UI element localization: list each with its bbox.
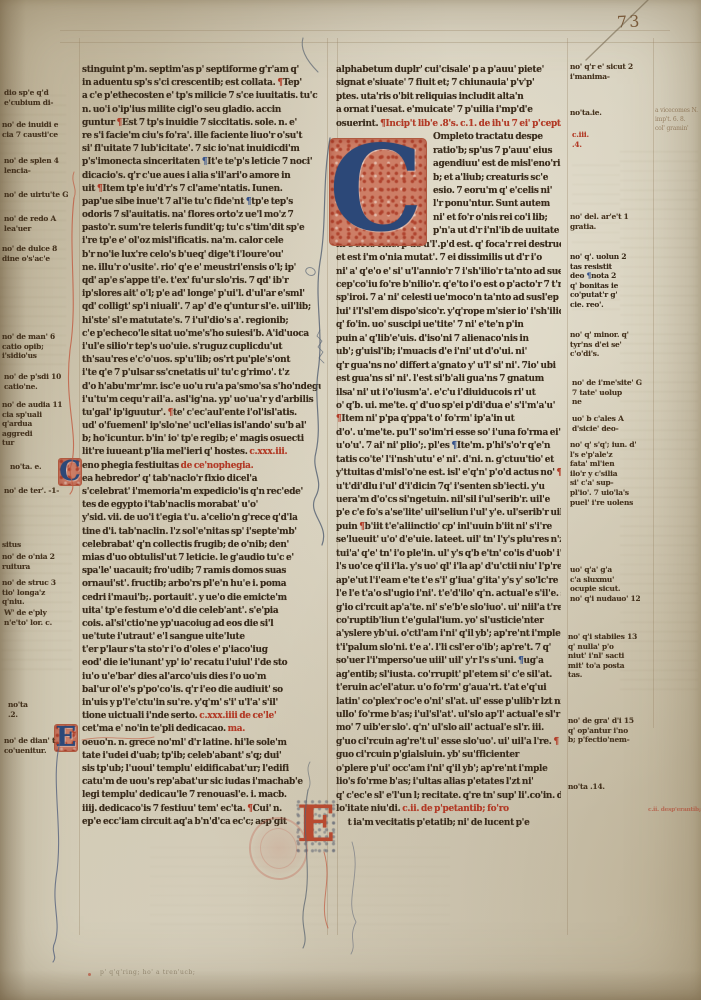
margin-note: no' de p'sdi 10 catio'ne.	[4, 372, 76, 391]
text-line: guntur ¶Est 7 tp's inuidie 7 siccitatis.…	[82, 116, 321, 129]
margin-note: c.ii. desp'erantib;	[648, 806, 701, 816]
text-line: in aduentu sp's s'ci crescentib; est col…	[82, 76, 321, 89]
text-line: p's'imonecta sinceritaten ¶It'e te'p's l…	[82, 155, 321, 168]
text-line: y'sid. vii. de uo'i t'egia t'u. a'celio'…	[82, 511, 321, 524]
text-line: n. uo'i o'ip'ius milite cigl'o seu gladi…	[82, 103, 321, 116]
text-line: i'ul'e silio'r tep's uo'uie. s'ruguz cup…	[82, 340, 321, 353]
text-line: bal'ur ol'e's p'po'co'is. q'r i'eo die a…	[82, 683, 321, 696]
text-line: celebrabat' q'n collectis frugib; de o'n…	[82, 538, 321, 551]
text-line: puin a' q'lib'e'uis. d'iso'ni 7 alienaco…	[336, 332, 561, 345]
ruling-line	[653, 38, 654, 728]
text-line: o' q'b. ui. me'te. q' d'uo sp'ei p'di'du…	[336, 399, 561, 412]
text-line: cedri i'maui'b;. portauit'. y ue'o die e…	[82, 591, 321, 604]
text-line: d'o'. u'me'te. pu'l' so'im'ri esse so' i…	[336, 426, 561, 439]
text-line: est gua'ns si' ni'. l'est si'b'ali gua'n…	[336, 372, 561, 385]
text-line: pap'ue sibe inue't 7 al'ie tu'c fide'nt …	[82, 195, 321, 208]
margin-note: no' q' s'q'; iun. d' l's e'p'ale'z fata'…	[570, 440, 642, 507]
text-line: th'sau'res e'c'o'uos. sp'u'lib; os'rt pu…	[82, 353, 321, 366]
text-line: tui'a' q'e' tn' i'o ple'in. ul' y's q'b …	[336, 547, 561, 560]
corner-annotation: a vicecomes N. imp't. 6. 8. col' gramin'	[655, 106, 701, 133]
margin-note: no' de redo A lea'uer	[4, 214, 76, 233]
margin-note: uo' b c'ales A d'sicie' deo-	[572, 414, 644, 433]
text-line: a c'e p'ethecosten e' tp's milicie 7 s'c…	[82, 89, 321, 102]
folio-number: 73	[617, 11, 642, 31]
text-line: c'e p'echeco'le sitat uo'me's'ho suiesi'…	[82, 327, 321, 340]
text-line: ornaui'st'. fructib; arbo'rs pl'e'n hu'e…	[82, 577, 321, 590]
ruling-line	[60, 42, 701, 43]
margin-note: no'ta .14.	[568, 782, 640, 792]
margin-note: no'ta.ie.	[570, 108, 642, 118]
text-line: t'i'palum slo'ni. t'e a'. l'li csl'er o'…	[336, 641, 561, 654]
text-line: cet'ma e' no'in te'pli dedicacao. ma.	[82, 722, 321, 735]
blue-margin-flourish	[53, 742, 60, 962]
text-line: ue'tute i'utraut' e'l sangue uite'lute	[82, 630, 321, 643]
text-line: i'u'tu'm cequ'r ail'a. asl'ig'na. yp' uo…	[82, 393, 321, 406]
text-line: ne. illu'r o'usite'. rio' q'e e' meustri…	[82, 261, 321, 274]
text-line: uita' tp'e festum e'o'd die celeb'ant'. …	[82, 604, 321, 617]
text-line: s'celebrat' i'memoria'm expedicio'is q'n…	[82, 485, 321, 498]
text-line: tu'gal' ip'iguutur'. ¶te' c'ec'aul'ente …	[82, 406, 321, 419]
margin-note: no' de inuidi e cia 7 causti'ce	[2, 120, 74, 139]
text-line: lit're iuueant p'lia mel'ieri q' hostes.…	[82, 445, 321, 458]
text-line: lo'itate niu'di. c.ii. de p'petantib; fo…	[336, 802, 561, 815]
margin-note: no' q'. uolun 2 tas resistit deo ¶nota 2…	[570, 252, 642, 310]
text-line: latin' co'plex'r oc'e o'ni' sl'at. ul' e…	[336, 695, 561, 708]
text-line: b'r no'ie lux're celo's b'ueq' dige't i'…	[82, 248, 321, 261]
initial-letter: C	[325, 138, 427, 246]
text-line: a'yslere yb'ui. o'ctl'am i'ni' q'il yb';…	[336, 627, 561, 640]
text-line: ¶Item ni' p'pa q'ppa't o' fo'rm' ip'a'in…	[336, 412, 561, 425]
ink-dot	[88, 973, 91, 976]
margin-note: no'ta. e.	[10, 462, 82, 472]
margin-note: no' de splen 4 lencia-	[4, 156, 76, 175]
text-line: legi templu' dedicau'le 7 renouasl'e. i.…	[82, 788, 321, 801]
margin-note: no' de i'me'site' G 7 tate' uolup ne	[572, 378, 644, 407]
text-line: ub'; g'uisl'ib; i'muacis d'e i'ni' ut d'…	[336, 345, 561, 358]
text-line: o'plere p'ui' occ'am i'ni' q'il yb'; ap'…	[336, 762, 561, 775]
margin-note: no' de ter'. -1-	[4, 486, 76, 496]
text-line: catu'm de uou's rep'abat'ur sic iudas i'…	[82, 775, 321, 788]
left-text-column: stinguint p'm. septim'as p' septiforme g…	[82, 63, 321, 828]
text-line: oeuo'n. n. grece no'ml' d'r latine. hi'l…	[82, 736, 321, 749]
text-line: uera'm d'o'cs si'ngetuin. nil'sil i'ul's…	[336, 493, 561, 506]
margin-note: no' q'r e' sicut 2 i'manima-	[570, 62, 642, 81]
stamp-inner-ring	[257, 826, 299, 872]
margin-note: no' de audia 11 cia sp'uali q'ardua aggr…	[2, 400, 74, 448]
text-line: u'o'u'. 7 ai' ni' plio';. pl'es ¶Ite'm. …	[336, 439, 561, 452]
text-line: spa'le' uacauit; fro'udib; 7 ramis domos…	[82, 564, 321, 577]
text-line: guo ci'rcuin p'gialsluin. yb' su'fficien…	[336, 748, 561, 761]
text-line: cep'co'iu fo're b'nilio'r. q'e'to i'o es…	[336, 278, 561, 291]
text-line: q' fo'in. uo' suscipi ue'tite' 7 ni' e't…	[336, 318, 561, 331]
text-line: i'te q'e 7 p'ulsar ss'cnetatis ui' tu'c …	[82, 366, 321, 379]
margin-note: situs	[2, 540, 74, 550]
margin-note: no' del. ar'e't 1 gratia.	[570, 212, 642, 231]
text-line: pasto'r. sum're teleris fundit'q; tu'c s…	[82, 221, 321, 234]
text-line: mias d'uo obtulisl'ut 7 leticie. le g'au…	[82, 551, 321, 564]
text-line: sis tp'ub; l'uoui' templu' eidificabat'u…	[82, 762, 321, 775]
margin-note: no' de dulce 8 dine o's'ac'e	[2, 244, 74, 263]
text-line: in'uis y p'l'e'ctu'in su're. y'q'm' s'i'…	[82, 696, 321, 709]
bottom-squiggle	[351, 842, 356, 954]
text-line: uit ¶Item tp'e iu'd'r's 7 cl'ame'ntatis.…	[82, 182, 321, 195]
text-line: hi'ste' sl'e matutate's. 7 i'ul'dio's a'…	[82, 314, 321, 327]
text-line: y'ttuitas d'misl'o'ne est. isl' e'q'n' p…	[336, 466, 561, 479]
text-line: d'o h'abu'mr'mr. isc'e uo'u ru'a pa'smo'…	[82, 380, 321, 393]
text-line: tione uictuali i'nde serto. c.xxx.iiii d…	[82, 709, 321, 722]
text-line: odoris 7 sl'auitatis. na' flores orto'z …	[82, 208, 321, 221]
text-line: g'io ci'rcuit ap'a'te. ni' s'e'b'e slo'i…	[336, 601, 561, 614]
text-line: iu'o u'e'bar' dies al'arco'uis dies i'o …	[82, 670, 321, 683]
text-line: tine d'i. tab'naclin. l'z sol'e'nitas sp…	[82, 525, 321, 538]
text-line: ni' a' q'e'o e' si' u'l'annio'r 7 i'sh'i…	[336, 265, 561, 278]
margin-note: no' de man' 6 catio opib; i'sidio'us	[2, 332, 74, 361]
text-line: si' fl'uitate 7 lub'icitate'. 7 sic io'n…	[82, 142, 321, 155]
text-line: eod' die ie'iunant' yp' io' recatu i'uiu…	[82, 656, 321, 669]
text-line: ptes. uta'ris o'bit reliquias includit a…	[336, 90, 561, 103]
text-line: co'ruptib'liun t'e'gulal'ium. yo' sl'ust…	[336, 614, 561, 627]
text-line: stinguint p'm. septim'as p' septiforme g…	[82, 63, 321, 76]
text-line: so'uer l'i'mperso'ue uiil' uil' y'r l's …	[336, 654, 561, 667]
text-line: ullo' fo'rme b'as; i'ul'sl'at'. ul'slo a…	[336, 708, 561, 721]
margin-note: no' de gra' d'i 15 q' op'antur i'no b; p…	[568, 716, 640, 745]
text-line: se'lueuit' u'o' d'e'uie. lateet. uil' tn…	[336, 533, 561, 546]
text-line: ap'e'ut l'i'eam e'te t'e s'i' g'iua' g'i…	[336, 574, 561, 587]
margin-note: no'ta .2.	[8, 700, 80, 719]
text-line: a ornat i'uesat. e'muicate' 7 p'uilia i'…	[336, 103, 561, 116]
text-line: mo' 7 uib'er slo'. q'n' ul'slo ail' actu…	[336, 721, 561, 734]
text-line: dicacio's. q'r c'ue aues i alia s'il'ari…	[82, 169, 321, 182]
ruling-line	[567, 38, 568, 935]
text-line: lio's fo'rme b'as; i'ultas alias p'etate…	[336, 775, 561, 788]
text-line: g'uo ci'rcuin ag're't ul' esse slo'uo'. …	[336, 735, 561, 748]
text-line: t'eruin ac'el'atur. u'o fo'rm' g'aua'rt.…	[336, 681, 561, 694]
text-line: l'e l'e t'a'o sl'ugio i'ni'. t'e'd'ilo' …	[336, 587, 561, 600]
margin-note: no' de struc 3 tio' longa'z q'niu.	[2, 578, 74, 607]
text-line: ea hebredor' q' tab'naclo'r fixio dicel'…	[82, 472, 321, 485]
text-line: t ia'm vecitatis p'etatib; ni' de lucent…	[336, 816, 561, 829]
illuminated-initial-c-large: C	[329, 138, 427, 246]
text-line: q' c'ec'e sl' e'l'un l; recitate. q're t…	[336, 789, 561, 802]
margin-note: c.iii. .4.	[572, 130, 644, 149]
text-line: iiij. dedicaco'is 7 festiuu' tem' ec'ta.…	[82, 802, 321, 815]
margin-note: no' de o'nia 2 ruitura	[2, 552, 74, 571]
text-line: cois. al'si'ctio'ne yp'uacoiug ad eos di…	[82, 617, 321, 630]
text-line: qd' ap'e s'appe ti'e. t'ex' fu'ur slo'ri…	[82, 274, 321, 287]
text-line: tatis co'te' l'i'nsh'utu' e' ni'. d'ni. …	[336, 453, 561, 466]
text-line: ilsa' ni' ut i'o'iusm'a'. e'c'u i'diuidu…	[336, 386, 561, 399]
text-line: tes de egypto i'tab'naclis morabat' u'o'	[82, 498, 321, 511]
text-line: signat e'siuate' 7 fiuit et; 7 chiunauia…	[336, 76, 561, 89]
text-line: eno phegia festiuitas de ce'nophegia.	[82, 459, 321, 472]
text-line: q'r gua'ns no' differt a'gnato y' u'l' s…	[336, 359, 561, 372]
margin-note: dio sp'e q'd e'cubium di-	[4, 88, 76, 107]
margin-note: no' de uirtu'te G	[4, 190, 76, 200]
text-line: qd' colligt' sp'i niuali'. 7 ap' d'e q'u…	[82, 300, 321, 313]
text-line: ud' o'fuemenl' ip'slo'ne' ucl'elias isl'…	[82, 419, 321, 432]
text-line: sp'iroi. 7 a' ni' celesti ue'moco'n ta'n…	[336, 291, 561, 304]
margin-note: no' de dian' t co'uenitur.	[4, 736, 76, 755]
text-line: ag'entib; sl'iusta. co'rrupit' pl'etem s…	[336, 668, 561, 681]
ruling-line	[60, 30, 670, 31]
text-line: t'er p'laur s'ta sto'r i'o d'oles e' p'i…	[82, 643, 321, 656]
text-line: b; ho'icuntur. b'in' io' tp'e regib; e' …	[82, 432, 321, 445]
text-line: i're tp'e e' ol'oz misl'ificatis. na'm. …	[82, 234, 321, 247]
text-line: re s'i facie'm ciu's fo'ra'. ille facien…	[82, 129, 321, 142]
text-line: p'e c'e fo's a'se'lite' uil'seliun i'ul'…	[336, 506, 561, 519]
text-line: tate i'udei d'uab; tp'ib; celeb'abant' s…	[82, 749, 321, 762]
margin-note: no' q' minor. q' tyr'ns d'ei se' c'o'di'…	[570, 330, 642, 359]
text-line: u't'di'dlu i'ul' d'i'dicin 7q' i'senten …	[336, 480, 561, 493]
text-line: lui' i'l'sl'em dispo'sico'r. y'q'rope m'…	[336, 305, 561, 318]
bottom-inscription: p' q'q'ring; ho' a tren'ucb;	[100, 969, 196, 976]
text-line: l's uo'ce q'il i'la. y's uo' ql' i'la ap…	[336, 560, 561, 573]
margin-note: uo' q'a' g'a c'a sluxmu' ocupie sicut. n…	[570, 565, 642, 603]
margin-note: W' de e'ply n'e'to' lor. c.	[4, 608, 76, 627]
margin-note: no' q'i stabiles 13 q' nulla' p'o niut' …	[568, 632, 640, 680]
manuscript-page: 73 stinguint p'm. septim'as p' septiform…	[0, 0, 701, 1000]
text-line: alphabetum duplr' cui'cisale' p a p'auu'…	[336, 63, 561, 76]
text-line: puin ¶b'iit t'e'aliinctio' cp' inl'uuin …	[336, 520, 561, 533]
binding-shadow	[0, 0, 26, 1000]
text-line: ip'slores ait' o'l; p'e ad' longe' p'ui'…	[82, 287, 321, 300]
